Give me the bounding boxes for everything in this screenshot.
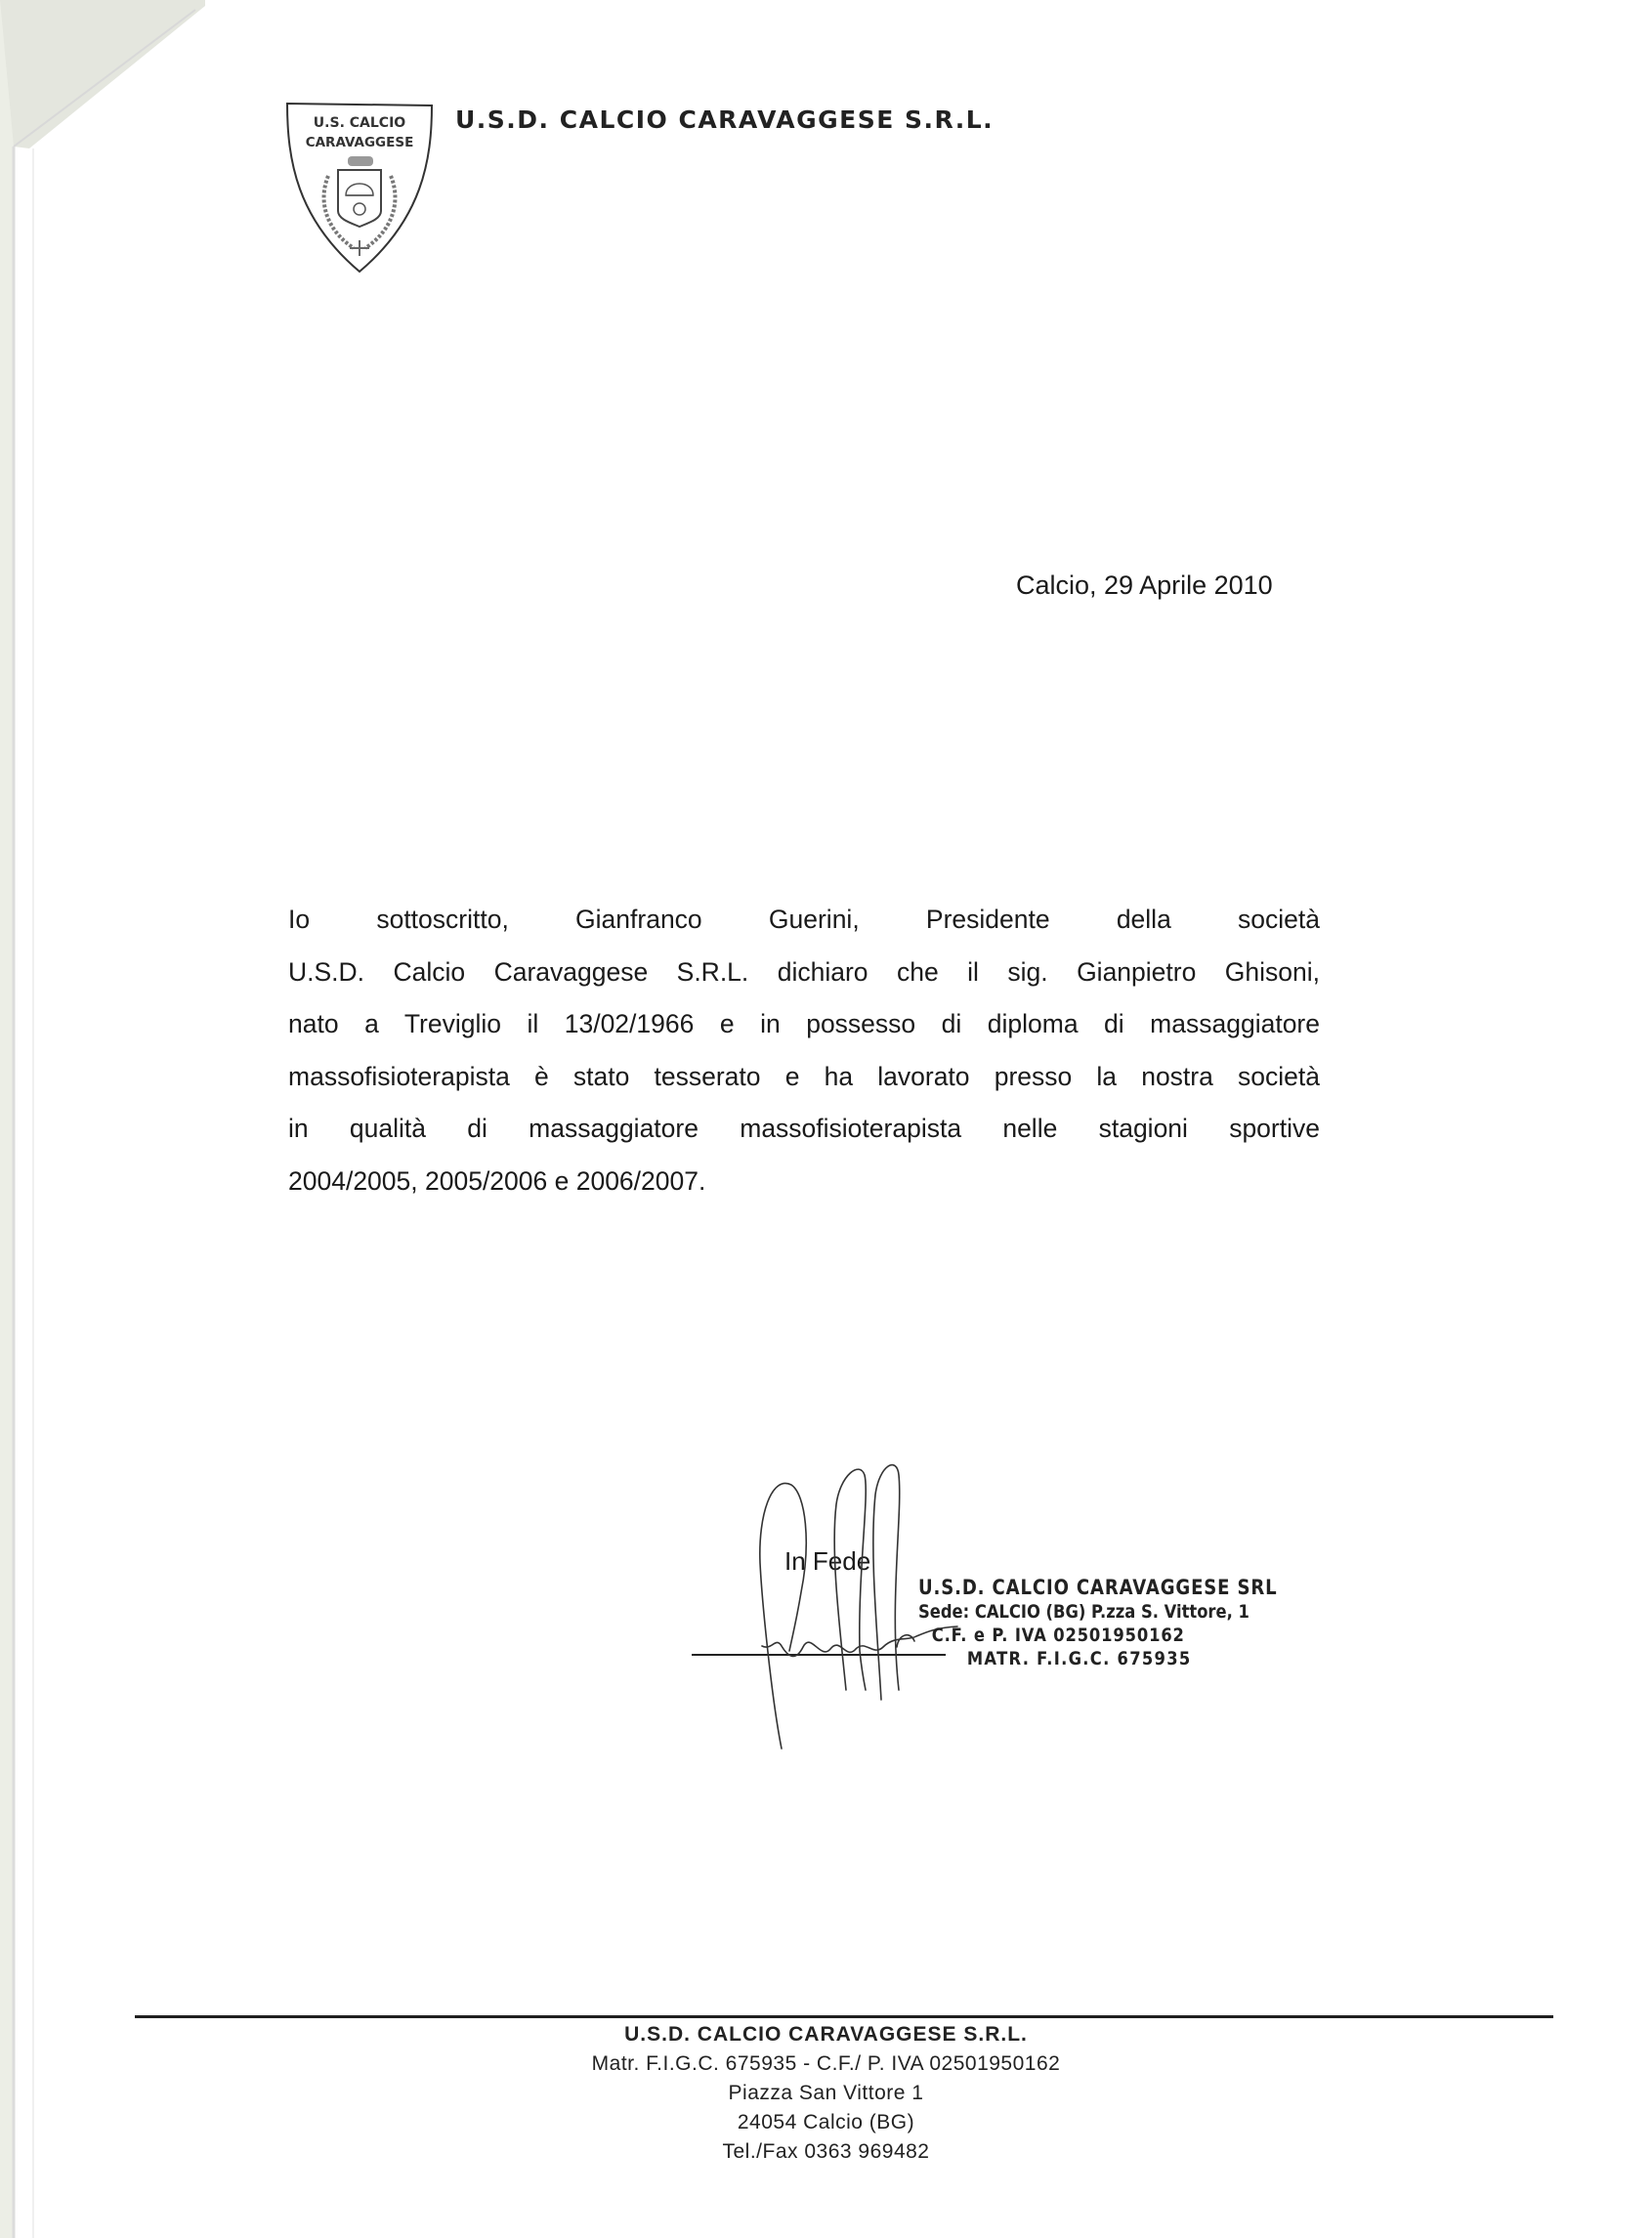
crest-line1: U.S. CALCIO: [314, 115, 405, 131]
company-header-title: U.S.D. CALCIO CARAVAGGESE S.R.L.: [455, 106, 994, 134]
stamp-vat: C.F. e P. IVA 02501950162: [918, 1624, 1277, 1647]
body-line: Io sottoscritto, Gianfranco Guerini, Pre…: [288, 894, 1320, 947]
stamp-title: U.S.D. CALCIO CARAVAGGESE SRL: [918, 1575, 1277, 1600]
folded-page-corner: [0, 0, 205, 2238]
club-crest-logo: U.S. CALCIO CARAVAGGESE: [285, 102, 434, 274]
letter-body: Io sottoscritto, Gianfranco Guerini, Pre…: [288, 894, 1320, 1207]
body-line: massofisioterapista è stato tesserato e …: [288, 1051, 1320, 1104]
company-stamp: U.S.D. CALCIO CARAVAGGESE SRL Sede: CALC…: [918, 1575, 1277, 1670]
body-line: 2004/2005, 2005/2006 e 2006/2007.: [288, 1156, 1320, 1208]
letter-date: Calcio, 29 Aprile 2010: [1016, 570, 1273, 601]
body-line: nato a Treviglio il 13/02/1966 e in poss…: [288, 998, 1320, 1051]
footer-company-name: U.S.D. CALCIO CARAVAGGESE S.R.L.: [0, 2020, 1652, 2049]
stamp-figc-number: MATR. F.I.G.C. 675935: [918, 1647, 1277, 1670]
footer-phone: Tel./Fax 0363 969482: [0, 2137, 1652, 2167]
footer-divider: [135, 2015, 1553, 2018]
crest-line2: CARAVAGGESE: [306, 135, 414, 150]
body-line: in qualità di massaggiatore massofisiote…: [288, 1103, 1320, 1156]
club-crest-shield-icon: U.S. CALCIO CARAVAGGESE: [285, 102, 434, 274]
footer-registration: Matr. F.I.G.C. 675935 - C.F./ P. IVA 025…: [0, 2049, 1652, 2079]
footer-city: 24054 Calcio (BG): [0, 2108, 1652, 2137]
body-line: U.S.D. Calcio Caravaggese S.R.L. dichiar…: [288, 947, 1320, 999]
stamp-address: Sede: CALCIO (BG) P.zza S. Vittore, 1: [918, 1600, 1277, 1624]
letterhead-footer: U.S.D. CALCIO CARAVAGGESE S.R.L. Matr. F…: [0, 2020, 1652, 2167]
footer-street: Piazza San Vittore 1: [0, 2079, 1652, 2108]
